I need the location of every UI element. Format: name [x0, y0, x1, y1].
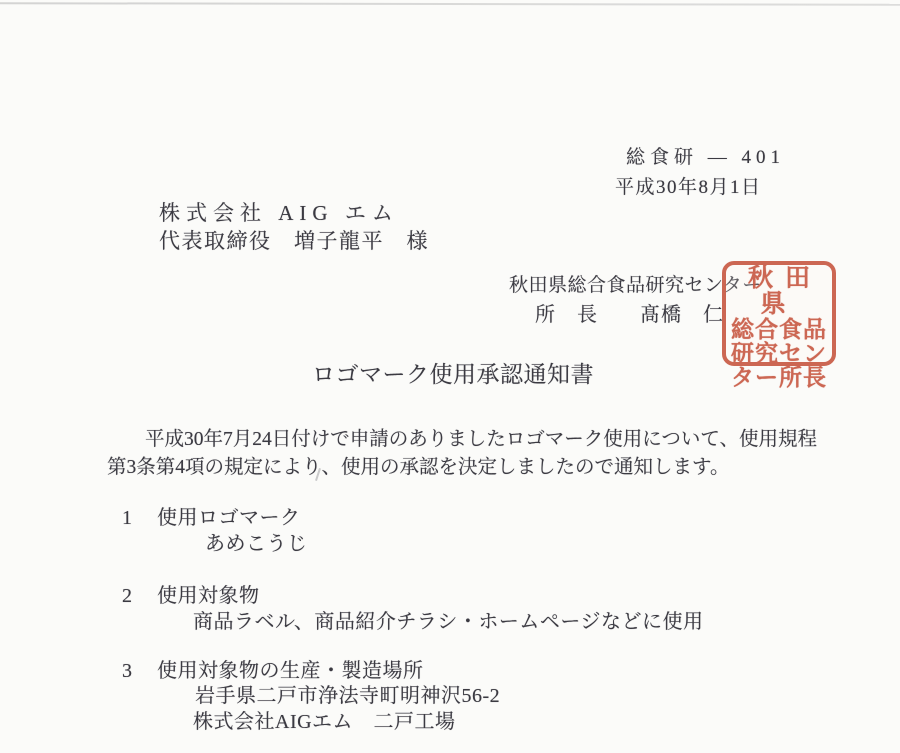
recipient-person: 代表取締役 増子龍平 様	[159, 228, 429, 254]
item-label: 使用ロゴマーク	[157, 506, 301, 531]
item-detail: 株式会社AIGエム 二戸工場	[193, 710, 456, 735]
item-number: 3	[122, 659, 133, 684]
scan-artifact-line	[0, 2, 900, 6]
body-paragraph-line: 平成30年7月24日付けで申請のありましたロゴマーク使用について、使用規程	[145, 428, 817, 452]
sender-title: 所 長	[535, 303, 598, 328]
recipient-company: 株式会社 AIG エム	[159, 200, 399, 226]
item-number: 1	[122, 506, 133, 531]
item-label: 使用対象物	[157, 584, 260, 609]
stamp-text-row: 秋田県	[726, 266, 832, 318]
official-seal-stamp: 秋田県 総合食品 研究セン ター所長	[722, 261, 836, 366]
scanned-letter: 総食研 ― 401 平成30年8月1日 株式会社 AIG エム 代表取締役 増子…	[0, 0, 900, 753]
item-detail: 商品ラベル、商品紹介チラシ・ホームページなどに使用	[193, 610, 704, 635]
document-number: 総食研 ― 401	[626, 146, 785, 170]
stamp-text-row: 研究セン	[726, 342, 832, 366]
document-title: ロゴマーク使用承認通知書	[312, 361, 594, 390]
item-number: 2	[122, 584, 133, 609]
item-label: 使用対象物の生産・製造場所	[157, 659, 424, 684]
stamp-text-row: ター所長	[726, 366, 832, 390]
item-detail: 岩手県二戸市浄法寺町明神沢56-2	[195, 684, 500, 709]
item-detail: あめこうじ	[205, 532, 308, 557]
stamp-text-row: 総合食品	[726, 318, 832, 342]
document-date: 平成30年8月1日	[615, 176, 762, 200]
sender-name: 髙橋 仁	[640, 303, 724, 328]
body-paragraph-line: 第3条第4項の規定により、使用の承認を決定しましたので通知します。	[107, 456, 729, 480]
